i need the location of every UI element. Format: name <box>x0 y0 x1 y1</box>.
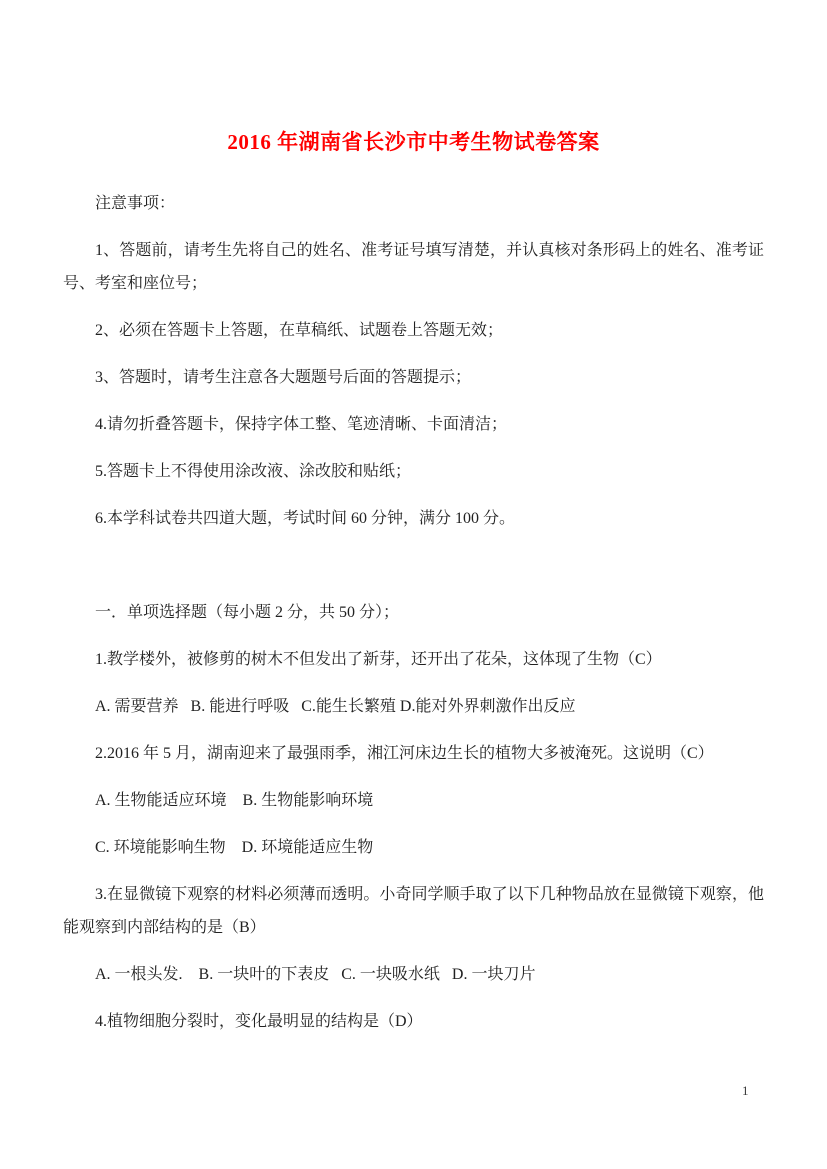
notice-item-4: 4.请勿折叠答题卡，保持字体工整、笔迹清晰、卡面清洁； <box>63 408 764 441</box>
notice-item-5: 5.答题卡上不得使用涂改液、涂改胶和贴纸； <box>63 455 764 488</box>
question-2-options-ab: A. 生物能适应环境 B. 生物能影响环境 <box>63 784 764 817</box>
question-2-stem: 2.2016 年 5 月，湖南迎来了最强雨季，湘江河床边生长的植物大多被淹死。这… <box>63 737 764 770</box>
question-1-stem: 1.教学楼外，被修剪的树木不但发出了新芽，还开出了花朵，这体现了生物（C） <box>63 643 764 676</box>
question-3-options: A. 一根头发. B. 一块叶的下表皮 C. 一块吸水纸 D. 一块刀片 <box>63 958 764 991</box>
notice-item-1: 1、答题前，请考生先将自己的姓名、准考证号填写清楚，并认真核对条形码上的姓名、准… <box>63 234 764 300</box>
page-number: 1 <box>742 1083 749 1099</box>
question-4-stem: 4.植物细胞分裂时，变化最明显的结构是（D） <box>63 1005 764 1038</box>
notice-item-2: 2、必须在答题卡上答题，在草稿纸、试题卷上答题无效； <box>63 314 764 347</box>
document-content: 2016 年湖南省长沙市中考生物试卷答案 注意事项： 1、答题前，请考生先将自己… <box>0 0 827 1038</box>
notice-heading: 注意事项： <box>63 187 764 220</box>
notice-item-6: 6.本学科试卷共四道大题，考试时间 60 分钟，满分 100 分。 <box>63 502 764 535</box>
notice-item-3: 3、答题时，请考生注意各大题题号后面的答题提示； <box>63 361 764 394</box>
question-2-options-cd: C. 环境能影响生物 D. 环境能适应生物 <box>63 831 764 864</box>
document-page: 2016 年湖南省长沙市中考生物试卷答案 注意事项： 1、答题前，请考生先将自己… <box>0 0 827 1169</box>
doc-title: 2016 年湖南省长沙市中考生物试卷答案 <box>63 128 764 156</box>
section-one-heading: 一．单项选择题（每小题 2 分，共 50 分）； <box>63 596 764 629</box>
blank-line <box>63 549 764 596</box>
question-3-stem: 3.在显微镜下观察的材料必须薄而透明。小奇同学顺手取了以下几种物品放在显微镜下观… <box>63 878 764 944</box>
question-1-options: A. 需要营养 B. 能进行呼吸 C.能生长繁殖 D.能对外界刺激作出反应 <box>63 690 764 723</box>
